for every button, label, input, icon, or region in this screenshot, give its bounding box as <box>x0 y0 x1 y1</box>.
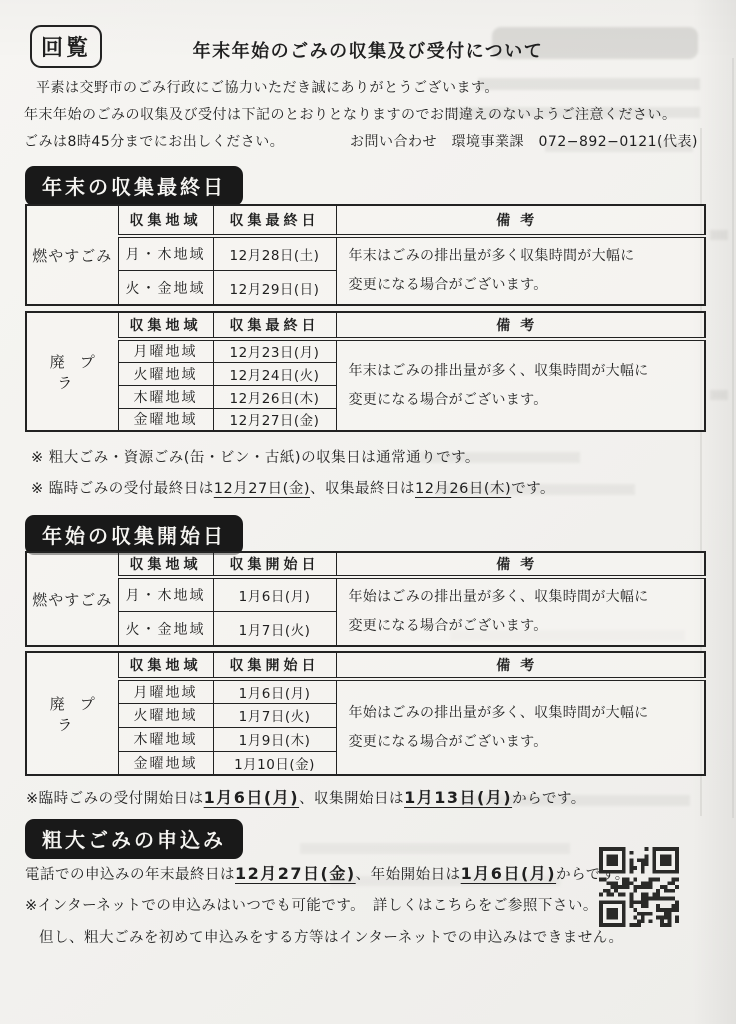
region-cell: 火・金地域 <box>118 271 213 306</box>
column-header-remark: 備考 <box>336 205 705 236</box>
note-text: ※臨時ごみの受付開始日は <box>26 791 204 807</box>
put-out-time-text: ごみは8時45分までにお出しください。 <box>24 131 284 151</box>
date-cell: 12月24日(火) <box>213 362 336 385</box>
region-cell: 月・木地域 <box>118 577 213 612</box>
section-header-yearend: 年末の収集最終日 <box>25 166 243 206</box>
remark-line: 変更になる場合がございます。 <box>349 386 705 415</box>
section-header-newyear: 年始の収集開始日 <box>25 515 243 555</box>
date-cell: 12月27日(金) <box>213 408 336 431</box>
date-cell: 12月23日(月) <box>213 339 336 362</box>
date-cell: 12月29日(日) <box>213 271 336 306</box>
remark-cell: 年始はごみの排出量が多く、収集時間が大幅に 変更になる場合がございます。 <box>336 577 705 646</box>
note-temporary-newyear: ※臨時ごみの受付開始日は1月6日(月)、収集開始日は1月13日(月)からです。 <box>26 785 586 808</box>
note-text: 電話での申込みの年末最終日は <box>25 867 235 883</box>
date-cell: 1月10日(金) <box>213 751 336 775</box>
region-cell: 月曜地域 <box>118 339 213 362</box>
region-cell: 金曜地域 <box>118 408 213 431</box>
remark-line: 年始はごみの排出量が多く、収集時間が大幅に <box>349 583 705 612</box>
note-text: ※ 臨時ごみの受付最終日は <box>31 481 214 497</box>
note-text: 、年始開始日は <box>356 867 461 883</box>
remark-line: 年末はごみの排出量が多く収集時間が大幅に <box>349 242 705 271</box>
region-cell: 月曜地域 <box>118 679 213 703</box>
column-header-remark: 備考 <box>336 552 705 577</box>
qr-code <box>599 847 679 927</box>
newyear-plastic-table: 廃プラ 収集地域 収集開始日 備考 月曜地域 1月6日(月) 年始はごみの排出量… <box>25 651 706 776</box>
column-header-lastday: 収集最終日 <box>213 205 336 236</box>
column-header-startday: 収集開始日 <box>213 652 336 679</box>
waste-type-label: 燃やすごみ <box>26 552 118 646</box>
date-cell: 1月6日(月) <box>213 679 336 703</box>
yearend-plastic-table: 廃プラ 収集地域 収集最終日 備考 月曜地域 12月23日(月) 年末はごみの排… <box>25 311 706 432</box>
bulky-phone-deadline: 電話での申込みの年末最終日は12月27日(金)、年始開始日は1月6日(月)からで… <box>25 861 630 884</box>
region-cell: 火曜地域 <box>118 703 213 727</box>
note-text: です。 <box>511 481 555 497</box>
bleedthrough-mark <box>710 390 728 400</box>
notice-text: 年末年始のごみの収集及び受付は下記のとおりとなりますのでお間違えのないようご注意… <box>24 104 677 124</box>
bleedthrough-mark <box>732 58 734 818</box>
contact-info: お問い合わせ 環境事業課 072−892−0121(代表) <box>350 131 698 151</box>
remark-cell: 年末はごみの排出量が多く収集時間が大幅に 変更になる場合がございます。 <box>336 236 705 305</box>
underlined-date: 1月6日(月) <box>461 864 556 883</box>
note-text: 、収集開始日は <box>299 791 404 807</box>
region-cell: 木曜地域 <box>118 385 213 408</box>
remark-line: 変更になる場合がございます。 <box>349 728 705 757</box>
remark-line: 年末はごみの排出量が多く、収集時間が大幅に <box>349 357 705 386</box>
column-header-startday: 収集開始日 <box>213 552 336 577</box>
newyear-burnable-table: 燃やすごみ 収集地域 収集開始日 備考 月・木地域 1月6日(月) 年始はごみの… <box>25 551 706 647</box>
underlined-date: 1月6日(月) <box>204 788 299 807</box>
column-header-lastday: 収集最終日 <box>213 312 336 339</box>
waste-type-label: 燃やすごみ <box>26 205 118 305</box>
date-cell: 12月28日(土) <box>213 236 336 271</box>
greeting-text: 平素は交野市のごみ行政にご協力いただき誠にありがとうございます。 <box>36 77 499 97</box>
bleedthrough-mark <box>710 230 728 240</box>
date-cell: 1月6日(月) <box>213 577 336 612</box>
date-cell: 1月9日(木) <box>213 727 336 751</box>
bleedthrough-mark <box>300 843 570 854</box>
note-temporary-yearend: ※ 臨時ごみの受付最終日は12月27日(金)、収集最終日は12月26日(木)です… <box>31 477 555 498</box>
remark-line: 変更になる場合がございます。 <box>349 612 705 641</box>
date-cell: 1月7日(火) <box>213 612 336 647</box>
column-header-remark: 備考 <box>336 652 705 679</box>
underlined-date: 12月26日(木) <box>415 481 511 497</box>
region-cell: 火・金地域 <box>118 612 213 647</box>
column-header-remark: 備考 <box>336 312 705 339</box>
remark-line: 変更になる場合がございます。 <box>349 271 705 300</box>
bleedthrough-mark <box>478 78 700 90</box>
region-cell: 火曜地域 <box>118 362 213 385</box>
underlined-date: 12月27日(金) <box>214 481 310 497</box>
region-cell: 木曜地域 <box>118 727 213 751</box>
remark-cell: 年末はごみの排出量が多く、収集時間が大幅に 変更になる場合がございます。 <box>336 339 705 431</box>
waste-type-label: 廃プラ <box>26 312 118 431</box>
note-text: 、収集最終日は <box>310 481 415 497</box>
waste-type-label: 廃プラ <box>26 652 118 775</box>
section-header-bulky: 粗大ごみの申込み <box>25 819 243 859</box>
underlined-date: 1月13日(月) <box>404 788 512 807</box>
region-cell: 月・木地域 <box>118 236 213 271</box>
scanned-notice-page: 回覧 年末年始のごみの収集及び受付について 平素は交野市のごみ行政にご協力いただ… <box>0 0 736 1024</box>
bulky-first-time-note: 但し、粗大ごみを初めて申込みをする方等はインターネットでの申込みはできません。 <box>39 926 624 947</box>
region-cell: 金曜地域 <box>118 751 213 775</box>
column-header-region: 収集地域 <box>118 652 213 679</box>
column-header-region: 収集地域 <box>118 552 213 577</box>
date-cell: 1月7日(火) <box>213 703 336 727</box>
remark-line: 年始はごみの排出量が多く、収集時間が大幅に <box>349 699 705 728</box>
remark-cell: 年始はごみの排出量が多く、収集時間が大幅に 変更になる場合がございます。 <box>336 679 705 775</box>
date-cell: 12月26日(木) <box>213 385 336 408</box>
yearend-burnable-table: 燃やすごみ 収集地域 収集最終日 備考 月・木地域 12月28日(土) 年末はご… <box>25 204 706 306</box>
column-header-region: 収集地域 <box>118 312 213 339</box>
note-text: からです。 <box>512 791 586 807</box>
qr-code-svg <box>599 847 679 927</box>
bulky-internet-note: ※インターネットでの申込みはいつでも可能です。 詳しくはこちらをご参照下さい。 … <box>25 894 618 915</box>
column-header-region: 収集地域 <box>118 205 213 236</box>
page-title: 年末年始のごみの収集及び受付について <box>0 37 736 63</box>
note-bulky-resource: ※ 粗大ごみ・資源ごみ(缶・ビン・古紙)の収集日は通常通りです。 <box>31 446 480 467</box>
underlined-date: 12月27日(金) <box>235 864 356 883</box>
